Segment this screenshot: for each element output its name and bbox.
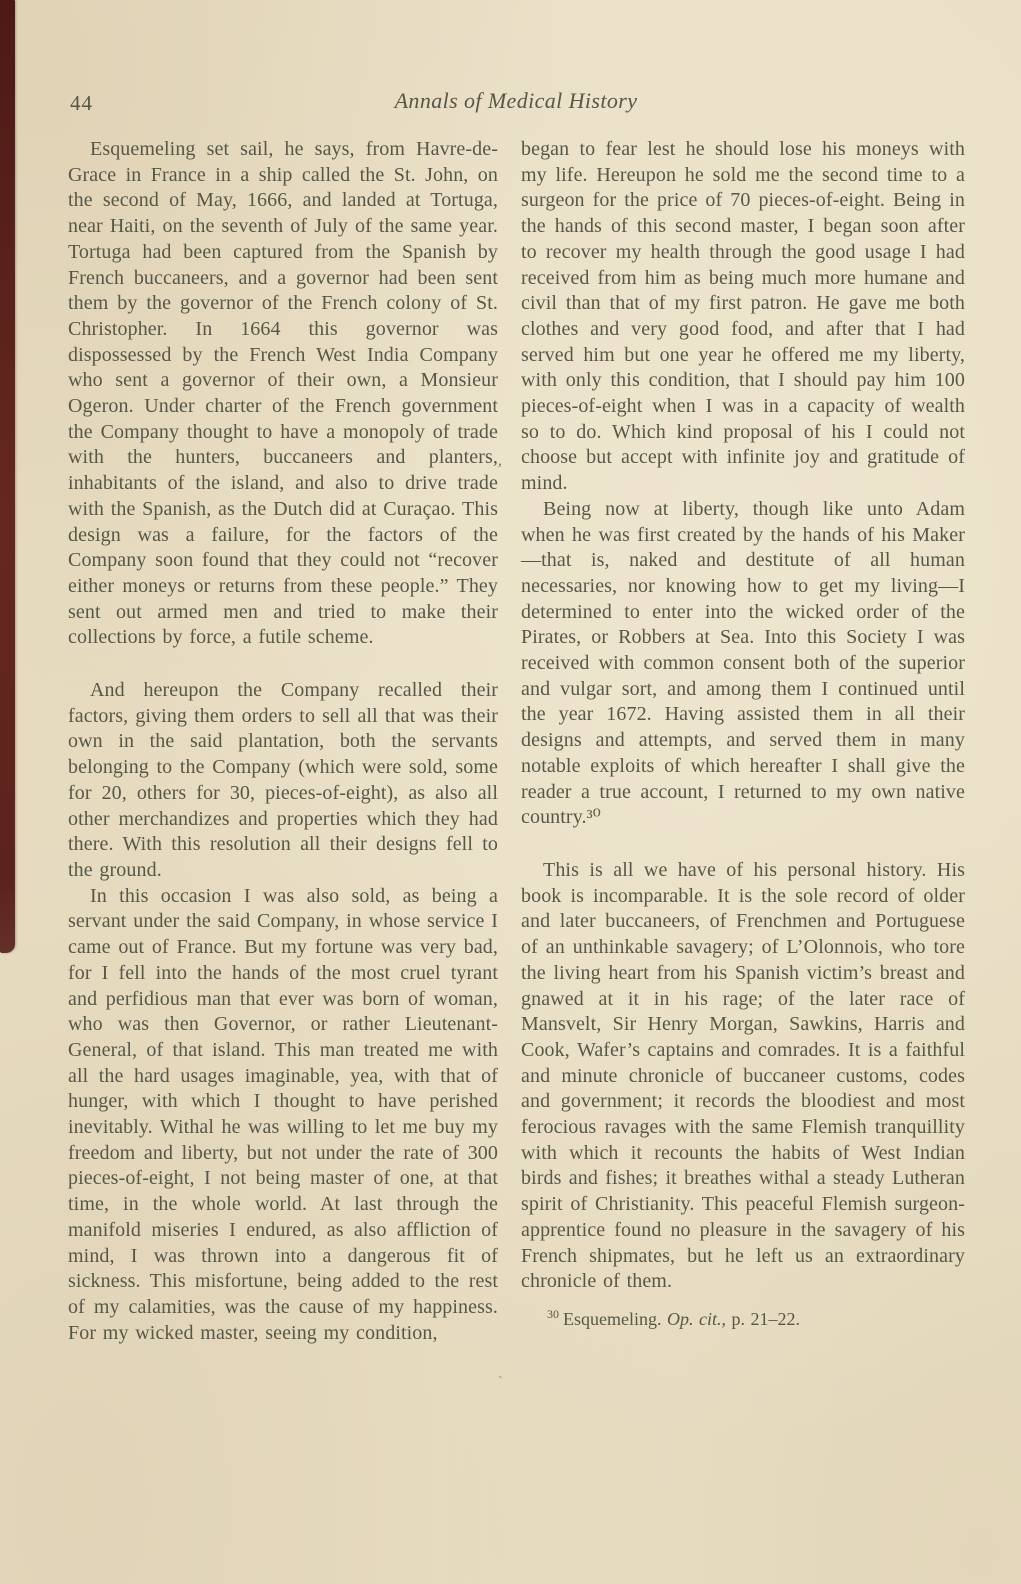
paragraph: began to fear lest he should lose his mo… [521,137,965,497]
right-column: began to fear lest he should lose his mo… [521,137,965,1346]
paragraph: In this occasion I was also sold, as bei… [68,884,498,1347]
footnote-marker: 30 [547,1307,559,1321]
paragraph: This is all we have of his personal hist… [521,858,965,1295]
text-block: Esquemeling set sail, he says, from Havr… [68,137,965,1346]
paragraph: Being now at liberty, though like unto A… [521,497,965,831]
binding-ribbon-edge [0,0,15,953]
running-head: 44 Annals of Medical History [68,88,964,118]
journal-title: Annals of Medical History [68,88,964,114]
scan-artifact-speck: ˎ [496,1362,504,1381]
scanned-book-page: 44 Annals of Medical History Esquemeling… [0,0,1021,1584]
paragraph: And hereupon the Company recalled their … [68,678,498,884]
footnote-pages: p. 21–22. [731,1309,800,1329]
paragraph: Esquemeling set sail, he says, from Havr… [68,137,498,651]
footnote-work-italic: Op. cit., [667,1309,726,1329]
left-column: Esquemeling set sail, he says, from Havr… [68,137,498,1346]
footnote: 30Esquemeling. Op. cit., p. 21–22. [521,1307,965,1333]
footnote-author: Esquemeling. [563,1309,661,1329]
